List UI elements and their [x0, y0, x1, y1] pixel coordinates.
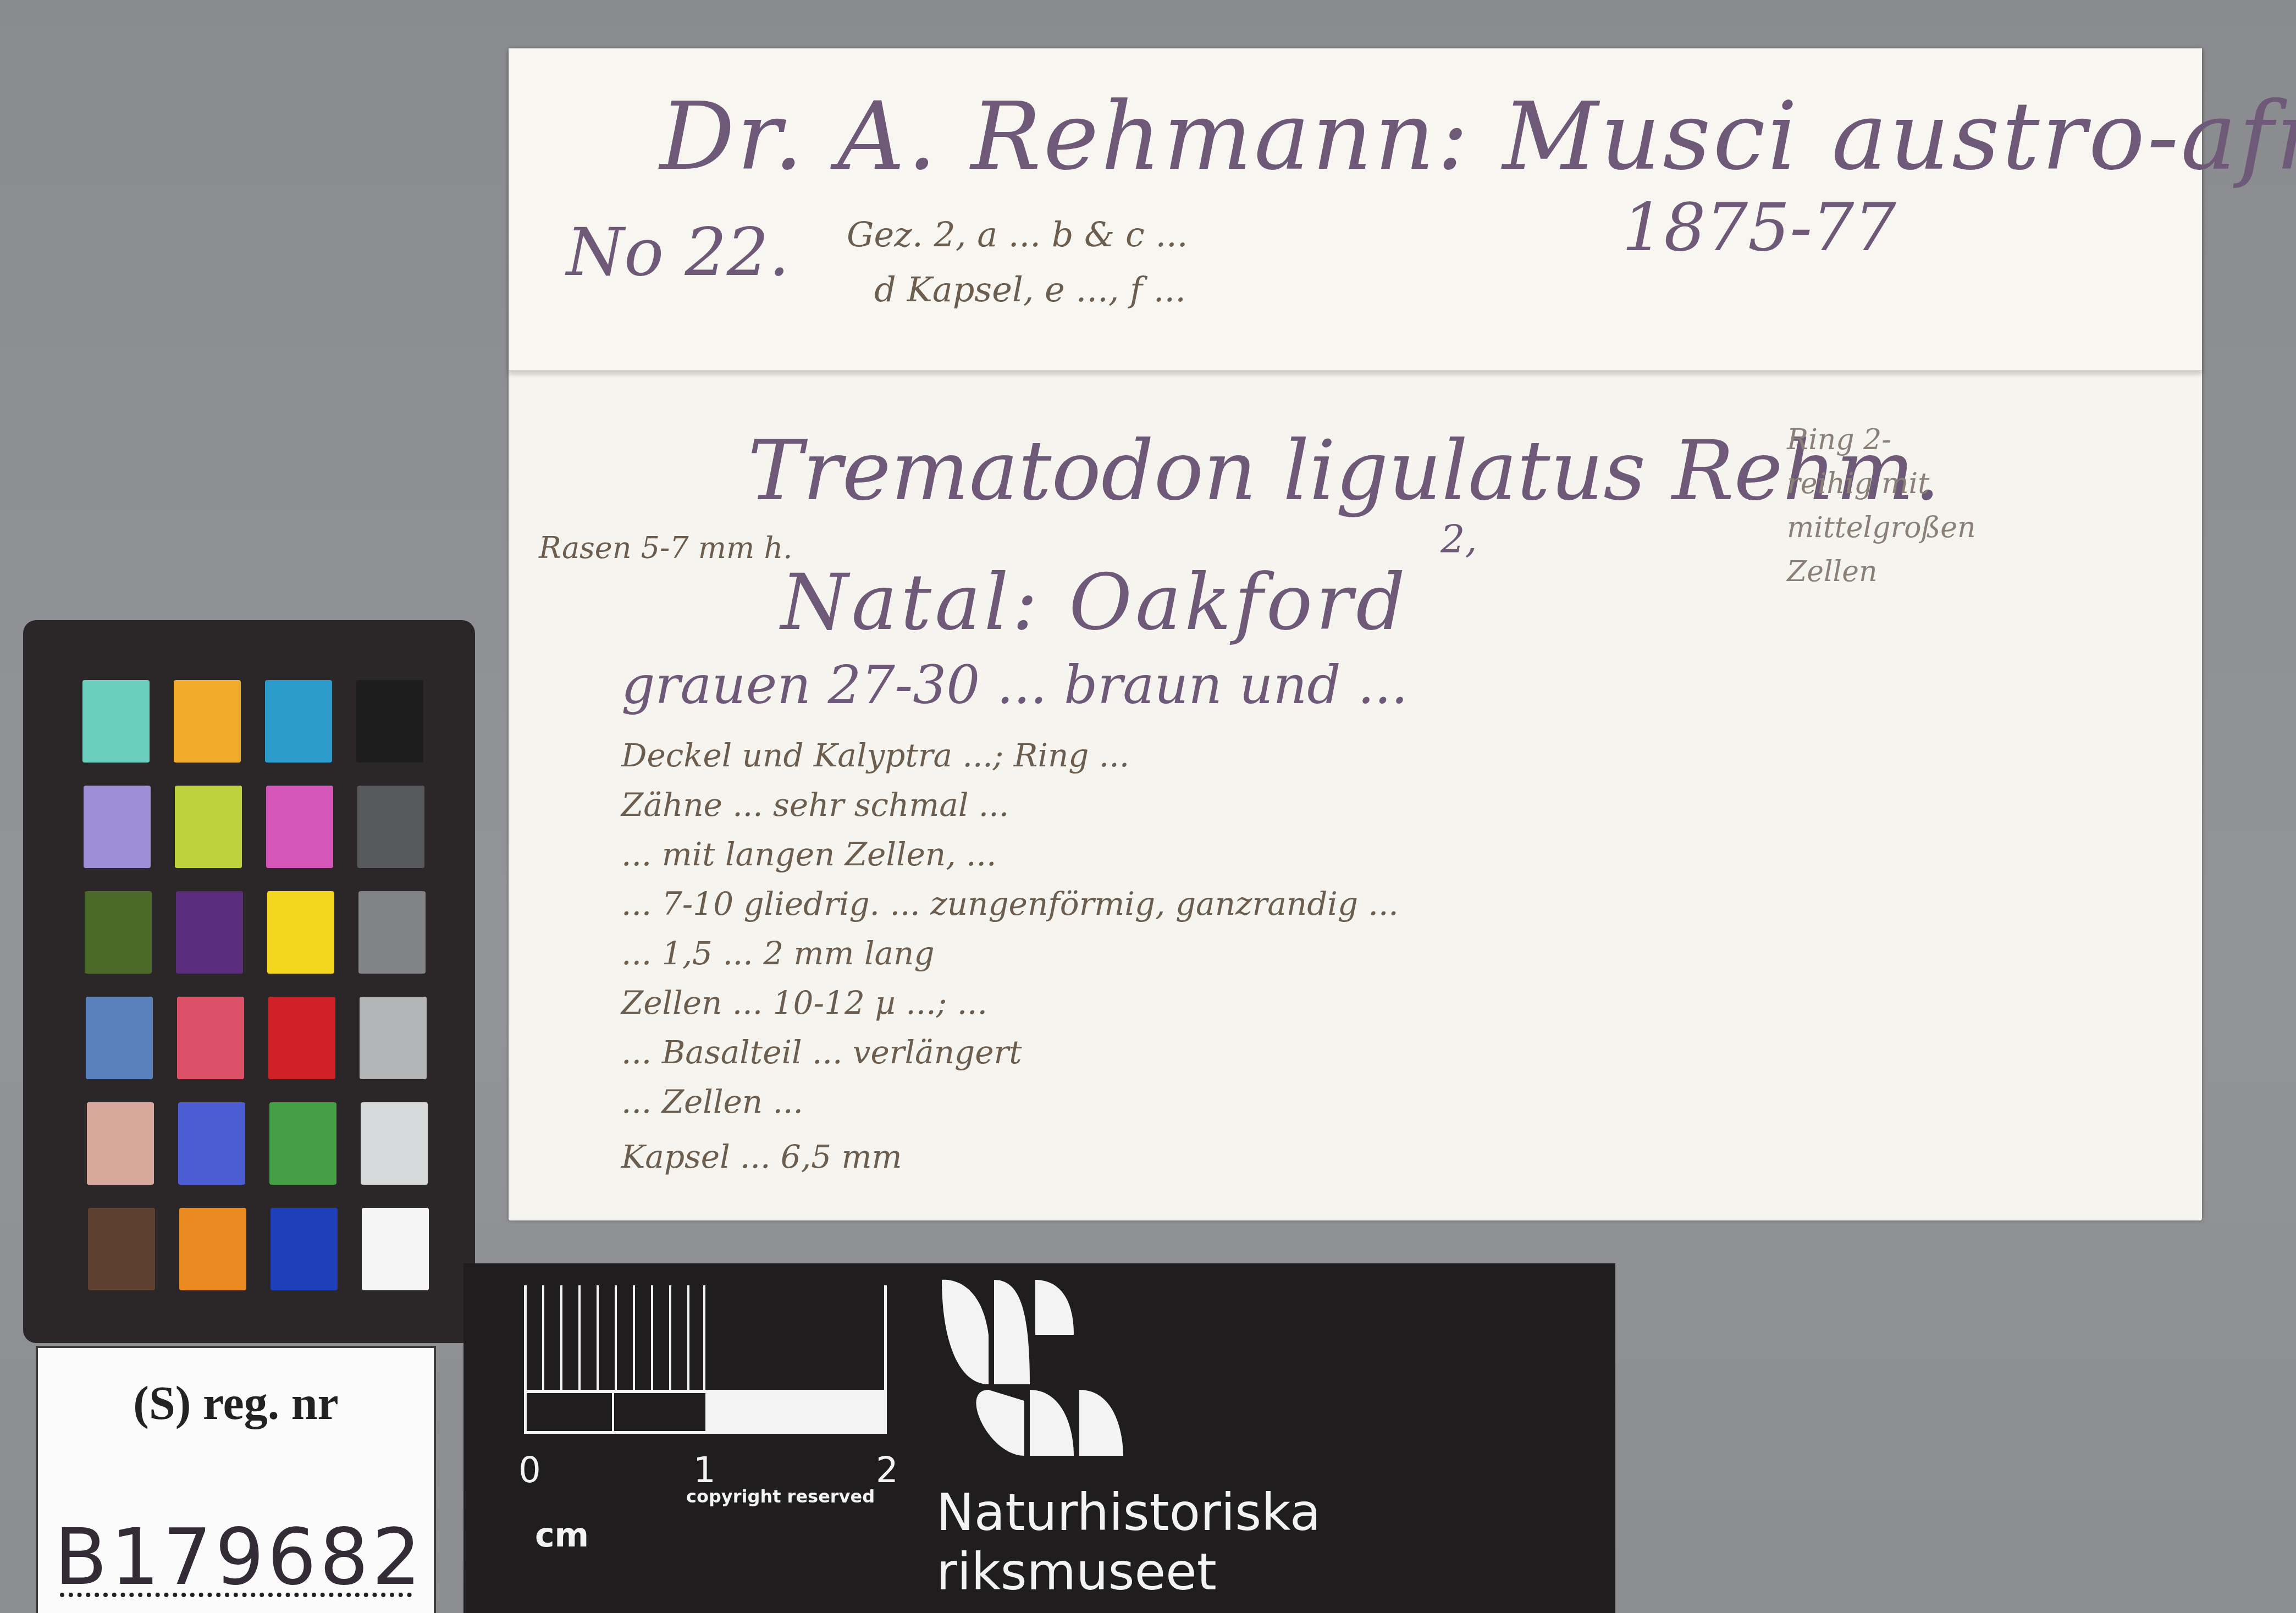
flap-note-line-2: d Kapsel, e ..., f ...: [874, 269, 1186, 310]
description-line: Zellen ... 10-12 µ ...; ...: [621, 984, 987, 1021]
color-swatch: [267, 891, 334, 974]
museum-name: Naturhistoriska riksmuseet: [936, 1483, 1321, 1602]
description-line: ... 1,5 ... 2 mm lang: [621, 935, 935, 972]
registration-title: (S) reg. nr: [38, 1376, 434, 1430]
color-swatch: [265, 680, 332, 763]
scale-bar: 0 1 2 cm: [524, 1285, 890, 1613]
description-line: Kapsel ... 6,5 mm: [621, 1138, 902, 1175]
collection-title: Dr. A. Rehmann: Musci austro-africani: [660, 82, 2296, 191]
museum-name-line-2: riksmuseet: [936, 1543, 1321, 1602]
color-swatch: [358, 891, 426, 974]
collection-number: No 22.: [566, 214, 790, 291]
size-note: Rasen 5-7 mm h.: [539, 531, 792, 565]
locality: Natal: Oakford: [781, 558, 1409, 648]
registration-label: (S) reg. nr B179682: [36, 1346, 436, 1613]
museum-scale-card: 0 1 2 cm copyright reserved Naturhistori…: [463, 1263, 1615, 1613]
copyright-text: copyright reserved: [686, 1486, 875, 1507]
color-swatch: [360, 997, 427, 1079]
color-swatch: [269, 1102, 336, 1185]
scale-label-2: 2: [876, 1450, 898, 1491]
description-line: Zähne ... sehr schmal ...: [621, 786, 1009, 824]
description-line: ... mit langen Zellen, ...: [621, 836, 996, 873]
collection-years: 1875-77: [1622, 190, 1896, 266]
color-swatch: [84, 786, 151, 868]
color-swatch: [177, 997, 244, 1079]
registration-number: B179682: [54, 1513, 424, 1603]
flap-note-line-1: Gez. 2, a ... b & c ...: [847, 214, 1188, 255]
color-swatch: [178, 1102, 245, 1185]
color-swatch: [357, 786, 424, 868]
color-swatch: [268, 997, 335, 1079]
description-first-line: grauen 27-30 ... braun und ...: [621, 654, 1408, 716]
color-swatch: [176, 891, 243, 974]
color-swatch: [85, 891, 152, 974]
color-swatch: [271, 1208, 338, 1290]
scale-label-1: 1: [693, 1450, 716, 1491]
scale-label-0: 0: [518, 1450, 541, 1491]
color-checker-card: [23, 620, 475, 1343]
description-line: ... 7-10 gliedrig. ... zungenförmig, gan…: [621, 885, 1399, 922]
color-swatch: [175, 786, 242, 868]
species-name: Trematodon ligulatus Rehm.: [748, 423, 1940, 519]
scale-unit: cm: [535, 1516, 589, 1555]
dotted-line: [60, 1593, 412, 1597]
description-line: Deckel und Kalyptra ...; Ring ...: [621, 737, 1129, 774]
side-note: Ring 2-reihig mit mittelgroßen Zellen: [1787, 418, 1935, 594]
color-swatch: [356, 680, 423, 763]
description-line: ... Zellen ...: [621, 1083, 803, 1120]
color-swatch: [266, 786, 333, 868]
color-swatch: [87, 1102, 154, 1185]
color-swatch: [179, 1208, 246, 1290]
locality-superscript: 2,: [1440, 517, 1477, 562]
color-swatch: [174, 680, 241, 763]
color-swatch: [361, 1102, 428, 1185]
color-swatch: [82, 680, 150, 763]
museum-logo-icon: [936, 1274, 1145, 1461]
color-swatch: [86, 997, 153, 1079]
color-swatch: [362, 1208, 429, 1290]
museum-name-line-1: Naturhistoriska: [936, 1483, 1321, 1543]
color-swatch: [88, 1208, 155, 1290]
description-line: ... Basalteil ... verlängert: [621, 1034, 1022, 1071]
